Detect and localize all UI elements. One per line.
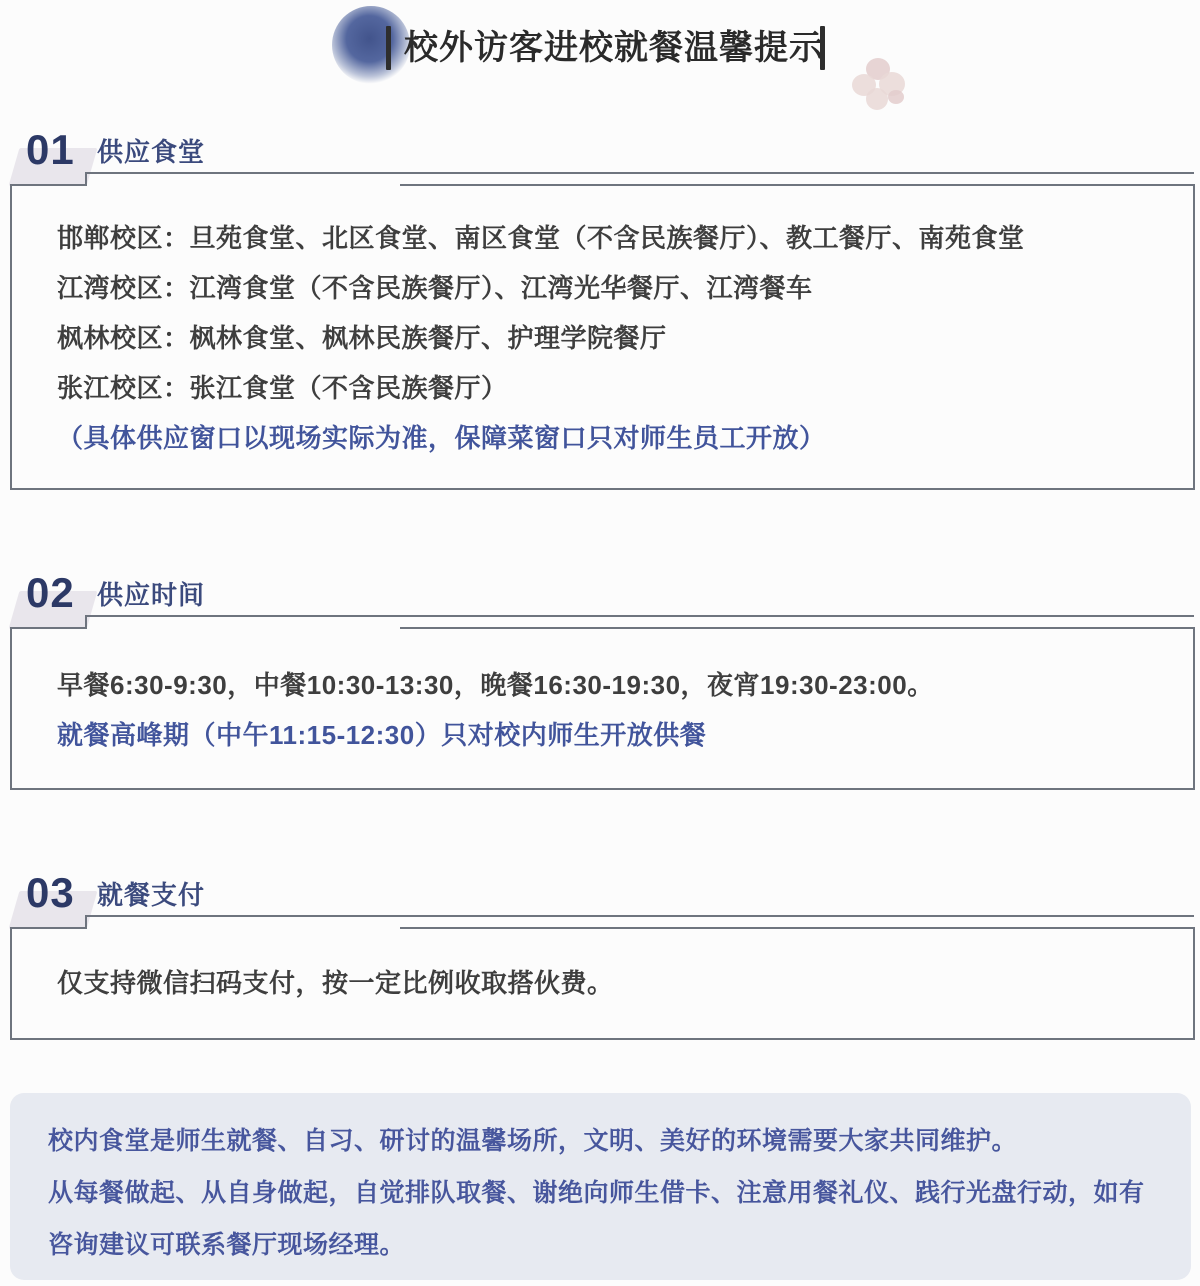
peak-hours-note: 就餐高峰期（中午11:15-12:30）只对校内师生开放供餐 (57, 710, 1165, 760)
footer-paragraph-environment: 校内食堂是师生就餐、自习、研讨的温馨场所，文明、美好的环境需要大家共同维护。 (48, 1115, 1153, 1167)
footer-paragraph-etiquette: 从每餐做起、从自身做起，自觉排队取餐、谢绝向师生借卡、注意用餐礼仪、践行光盘行动… (48, 1167, 1153, 1271)
section-label-canteens: 供应食堂 (97, 136, 205, 168)
section-number: 02 (26, 571, 75, 615)
flower-petal (888, 90, 904, 104)
section-number: 03 (26, 871, 75, 915)
payment-content: 仅支持微信扫码支付，按一定比例收取搭伙费。 (10, 915, 1195, 1008)
campus-line-zhangjiang: 张江校区：张江食堂（不含民族餐厅） (57, 363, 1165, 413)
section-label-payment: 就餐支付 (97, 879, 205, 911)
campus-line-handan: 邯郸校区：旦苑食堂、北区食堂、南区食堂（不含民族餐厅）、教工餐厅、南苑食堂 (57, 213, 1165, 263)
section-box-canteens: 邯郸校区：旦苑食堂、北区食堂、南区食堂（不含民族餐厅）、教工餐厅、南苑食堂 江湾… (10, 172, 1195, 490)
page-header: 校外访客进校就餐温馨提示 (0, 0, 1200, 120)
page-title: 校外访客进校就餐温馨提示 (404, 25, 824, 71)
section-box-hours: 早餐6:30-9:30，中餐10:30-13:30，晚餐16:30-19:30，… (10, 615, 1195, 790)
notice-page: 校外访客进校就餐温馨提示 01 供应食堂 邯郸校区：旦苑食堂、北区食堂、南区食堂… (0, 0, 1200, 1286)
section-number: 01 (26, 128, 75, 172)
campus-line-fenglin: 枫林校区：枫林食堂、枫林民族餐厅、护理学院餐厅 (57, 313, 1165, 363)
canteens-note: （具体供应窗口以现场实际为准，保障菜窗口只对师生员工开放） (57, 413, 1165, 463)
payment-line: 仅支持微信扫码支付，按一定比例收取搭伙费。 (57, 958, 1165, 1008)
title-right-divider (820, 26, 825, 70)
section-box-payment: 仅支持微信扫码支付，按一定比例收取搭伙费。 (10, 915, 1195, 1040)
campus-line-jiangwan: 江湾校区：江湾食堂（不含民族餐厅）、江湾光华餐厅、江湾餐车 (57, 263, 1165, 313)
flower-petal (866, 88, 888, 110)
section-label-hours: 供应时间 (97, 579, 205, 611)
canteens-content: 邯郸校区：旦苑食堂、北区食堂、南区食堂（不含民族餐厅）、教工餐厅、南苑食堂 江湾… (10, 172, 1195, 463)
flower-icon (852, 56, 912, 116)
title-left-divider (386, 26, 391, 70)
meal-times-line: 早餐6:30-9:30，中餐10:30-13:30，晚餐16:30-19:30，… (57, 660, 1165, 710)
ink-blob-decoration (332, 6, 410, 84)
footer-note: 校内食堂是师生就餐、自习、研讨的温馨场所，文明、美好的环境需要大家共同维护。 从… (10, 1093, 1191, 1280)
hours-content: 早餐6:30-9:30，中餐10:30-13:30，晚餐16:30-19:30，… (10, 615, 1195, 760)
